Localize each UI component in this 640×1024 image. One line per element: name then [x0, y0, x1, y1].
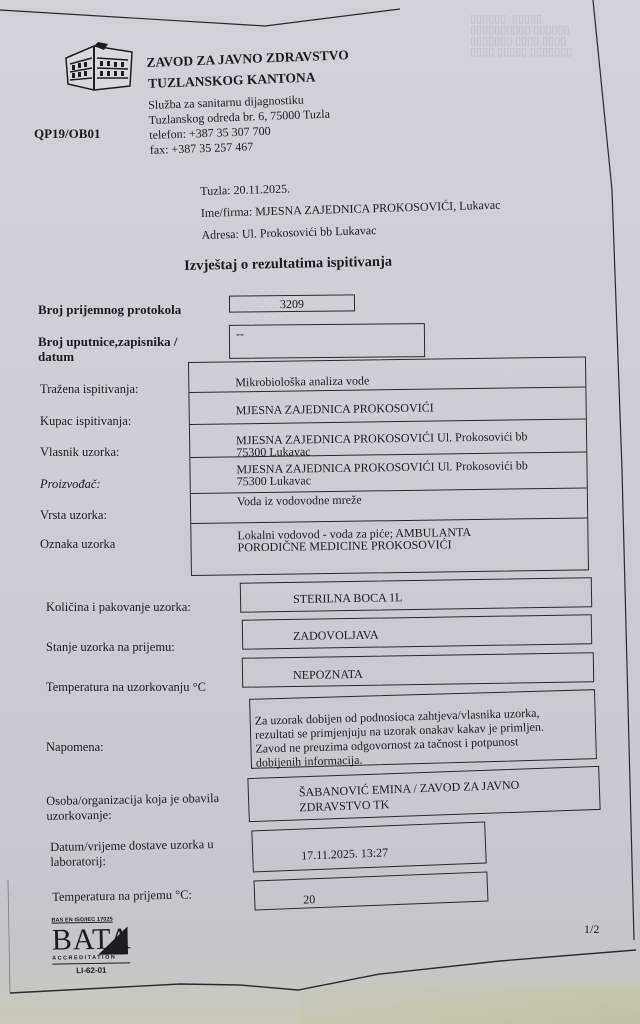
requested-tests-label: Tražena ispitivanja:: [40, 382, 138, 397]
table-row: Lokalni vodovod - voda za piće; AMBULANT…: [191, 518, 588, 576]
condition-field: ZADOVOLJAVA: [242, 614, 592, 649]
referral-label-line2: datum: [38, 349, 178, 364]
sampling-temperature-value: NEPOZNATA: [293, 664, 593, 682]
protocol-label: Broj prijemnog protokola: [38, 302, 181, 317]
quantity-label: Količina i pakovanje uzorka:: [46, 600, 191, 615]
note-label: Napomena:: [46, 740, 104, 755]
condition-value: ZADOVOLJAVA: [293, 625, 591, 643]
receipt-temperature-label: Temperatura na prijemu °C:: [52, 888, 192, 905]
owner-label: Vlasnik uzorka:: [40, 445, 120, 460]
sampler-label-line1: Osoba/organizacija koja je obavila: [46, 791, 219, 809]
referral-value: --: [236, 326, 424, 341]
report-meta: Tuzla: 20.11.2025. Ime/firma: MJESNA ZAJ…: [200, 172, 501, 246]
sampling-temperature-label: Temperatura na uzorkovanju °C: [46, 680, 206, 695]
sample-info-table: Mikrobiološka analiza vode MJESNA ZAJEDN…: [188, 356, 589, 576]
quantity-value: STERILNA BOCA 1L: [293, 588, 591, 606]
sampler-label: Osoba/organizacija koja je obavila uzork…: [46, 791, 219, 824]
delivery-label-line2: laboratorij:: [50, 852, 214, 870]
requested-tests-value: Mikrobiološka analiza vode: [235, 371, 585, 388]
referral-label-line1: Broj uputnice,zapisnika /: [38, 334, 178, 349]
producer-label: Proizvođač:: [40, 477, 101, 492]
referral-label: Broj uputnice,zapisnika / datum: [38, 334, 178, 364]
sample-type-label: Vrsta uzorka:: [40, 508, 107, 523]
accreditation-mark-block: BATA: [52, 924, 131, 955]
page-number: 1/2: [584, 922, 599, 937]
institution-contact: Služba za sanitarnu dijagnostiku Tuzlans…: [148, 92, 331, 158]
sample-mark-label: Oznaka uzorka: [40, 537, 115, 552]
customer-value: MJESNA ZAJEDNICA PROKOSOVIĆI: [236, 399, 586, 416]
accreditation-triangle-icon: [98, 926, 128, 955]
sample-type-value: Voda iz vodovodne mreže: [237, 490, 587, 507]
delivery-datetime-field: 17.11.2025. 13:27: [251, 822, 486, 873]
delivery-label: Datum/vrijeme dostave uzorka u laborator…: [50, 837, 214, 870]
customer-label: Kupac ispitivanja:: [40, 414, 131, 429]
quantity-field: STERILNA BOCA 1L: [240, 577, 592, 613]
institution-name: ZAVOD ZA JAVNO ZDRAVSTVO TUZLANSKOG KANT…: [146, 44, 350, 94]
note-field: Za uzorak dobijen od podnosioca zahtjeva…: [249, 689, 597, 769]
delivery-datetime-value: 17.11.2025. 13:27: [301, 843, 485, 863]
sampling-temperature-field: NEPOZNATA: [242, 652, 594, 688]
accreditation-number: LI-62-01: [52, 965, 130, 975]
referral-field: --: [229, 323, 425, 359]
condition-label: Stanje uzorka na prijemu:: [46, 640, 175, 655]
delivery-label-line1: Datum/vrijeme dostave uzorka u: [50, 837, 214, 855]
table-row: MJESNA ZAJEDNICA PROKOSOVIĆI Ul. Prokoso…: [190, 419, 586, 458]
protocol-number-field: 3209: [229, 294, 355, 312]
sampler-label-line2: uzorkovanje:: [46, 806, 219, 824]
building-logo-icon: [64, 40, 134, 92]
accreditation-logo: BAS EN ISO/IEC 17025 BATA ACCREDITATION …: [51, 916, 130, 987]
sample-mark-value-line2: PORODIČNE MEDICINE PROKOSOVIĆI: [238, 536, 588, 553]
document-code: QP19/OB01: [34, 126, 100, 142]
protocol-number: 3209: [230, 297, 354, 311]
table-row: MJESNA ZAJEDNICA PROKOSOVIĆI Ul. Prokoso…: [190, 452, 586, 494]
